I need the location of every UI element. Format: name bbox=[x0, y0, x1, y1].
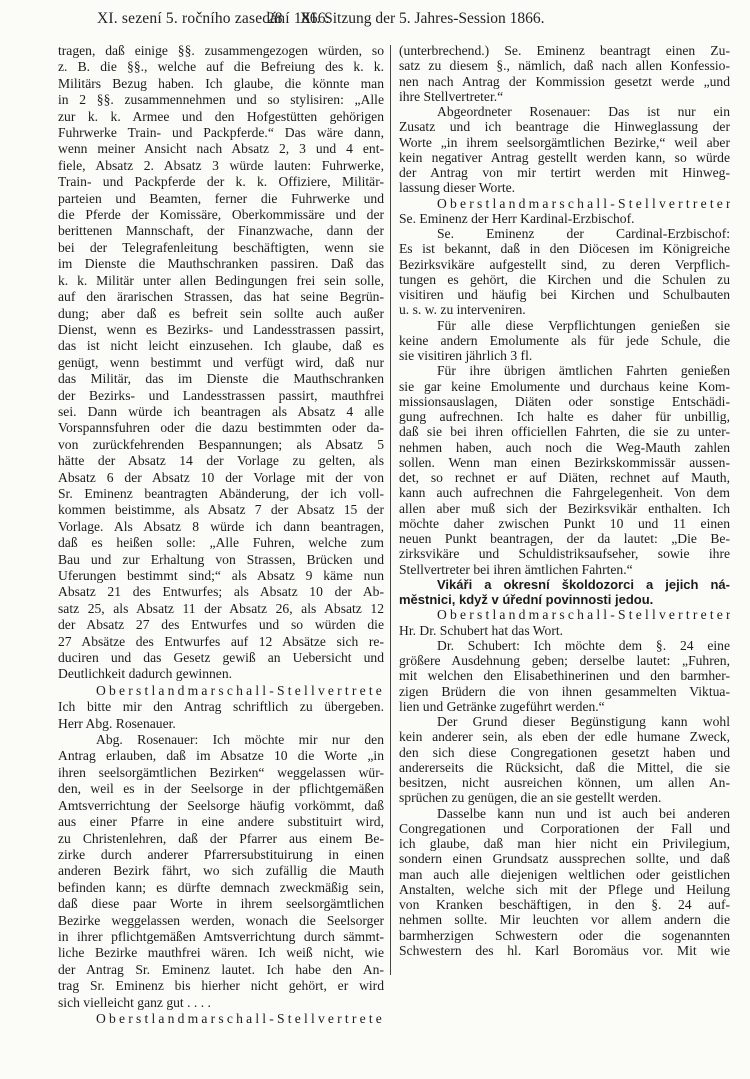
text-line: befinden kann; es dürfte demnach zweckmä… bbox=[58, 880, 384, 896]
text-line: genügt, wenn bestimmt und verfügt wird, … bbox=[58, 355, 384, 371]
text-line: sondern einen Grundsatz aussprechen soll… bbox=[399, 851, 730, 866]
text-line: keine andern Emolumente als für jede Sch… bbox=[399, 333, 730, 348]
text-line: satz zu diesem §., nämlich, daß nach all… bbox=[399, 58, 730, 73]
text-line: den sich diese Congregationen gesetzt ha… bbox=[399, 745, 730, 760]
text-line: Hr. Dr. Schubert hat das Wort. bbox=[399, 623, 730, 638]
text-line: der Bezirks- und Landesstrassen passirt,… bbox=[58, 388, 384, 404]
text-line: Oberstlandmarschall-Stellvertreter: bbox=[399, 196, 730, 211]
text-line: der Absatz 27 des Entwurfes und so würde… bbox=[58, 617, 384, 633]
text-line: mit welchen den Elisabethinerinen und de… bbox=[399, 668, 730, 683]
text-line: Bau und zur Erhaltung von Strassen, Brüc… bbox=[58, 552, 384, 568]
text-line: Train- und Packpferde der k. k. Offizier… bbox=[58, 174, 384, 190]
text-line: bei der Telegrafenleitung beschäftigten,… bbox=[58, 240, 384, 256]
text-line: gung aufrechnen. Ich halte es daher für … bbox=[399, 409, 730, 424]
text-line: sollen. Wenn man einen Bezirkskommissär … bbox=[399, 455, 730, 470]
text-line: Absatz 21 des Entwurfes; als Absatz 10 d… bbox=[58, 584, 384, 600]
text-line: Es ist bekannt, daß in den Diöcesen im K… bbox=[399, 241, 730, 256]
text-line: in ihrer pflichtgemäßen Amtsverrichtung … bbox=[58, 929, 384, 945]
text-line: trag Sr. Eminenz bis hierher nicht gehör… bbox=[58, 978, 384, 994]
text-line: besitzen, nicht ausreichen können, um al… bbox=[399, 775, 730, 790]
text-line: duciren und das Gesetz gewiß an Uebersic… bbox=[58, 650, 384, 666]
text-line: Dr. Schubert: Ich möchte dem §. 24 eine bbox=[399, 638, 730, 653]
text-line: visitiren und häufig bei Kirchen und Sch… bbox=[399, 287, 730, 302]
text-line: daß diese paar Worte in ihrem seelsorgäm… bbox=[58, 896, 384, 912]
text-line: die Pferde der Komissäre, Oberkommissäre… bbox=[58, 207, 384, 223]
text-line: Oberstlandmarschall-Stellvertreter: bbox=[399, 607, 730, 622]
text-line: Ich bitte mir den Antrag schriftlich zu … bbox=[58, 699, 384, 715]
text-line: nehmen sollte. Mir leuchten vor allem an… bbox=[399, 912, 730, 927]
text-line: Antrag erlauben, daß im Absatze 10 die W… bbox=[58, 748, 384, 764]
text-line: Dienst, wenn es Bezirks- und Landesstras… bbox=[58, 322, 384, 338]
text-line: Bezirksvikäre aufgestellt sind, zu deren… bbox=[399, 257, 730, 272]
text-line: neuen Punkt beantragen, der da lautet: „… bbox=[399, 531, 730, 546]
text-line: Fuhrwerke Train- und Packpferde.“ Das wä… bbox=[58, 125, 384, 141]
text-line: zirksvikäre und Schuldistriksaufseher, s… bbox=[399, 546, 730, 561]
text-line: Schwestern des hl. Karl Boromäus vor. Mi… bbox=[399, 943, 730, 958]
text-line: daß sie bei ihren officiellen Fahrten, d… bbox=[399, 424, 730, 439]
text-line: Vikáři a okresní školdozorci a jejich ná… bbox=[399, 577, 730, 592]
text-line: Für alle diese Verpflichtungen genießen … bbox=[399, 318, 730, 333]
text-line: tungen es gehört, die Kirchen und die Sc… bbox=[399, 272, 730, 287]
text-line: Worte „in ihrem seelsorgämtlichen Bezirk… bbox=[399, 135, 730, 150]
text-line: sie visitiren jährlich 3 fl. bbox=[399, 348, 730, 363]
text-line: kann auch aufrechnen die Fahrgelegenheit… bbox=[399, 485, 730, 500]
text-line: Dasselbe kann nun und ist auch bei ander… bbox=[399, 806, 730, 821]
text-line: von zurückfehrenden Bespannungen; als Ab… bbox=[58, 437, 384, 453]
header-german-title: XI. Sitzung der 5. Jahres-Session 1866. bbox=[300, 10, 545, 28]
text-line: andererseits die Rücksicht, daß die Mitt… bbox=[399, 760, 730, 775]
text-line: kein anderer sein, als eben der edle hum… bbox=[399, 729, 730, 744]
text-line: Der Grund dieser Begünstigung kann wohl bbox=[399, 714, 730, 729]
text-line: Se. Eminenz der Herr Kardinal-Erzbischof… bbox=[399, 211, 730, 226]
text-line: daß es heißen solle: „Alle Fuhren, welch… bbox=[58, 535, 384, 551]
text-line: den, weil es in der Seelsorge in der pfl… bbox=[58, 781, 384, 797]
text-line: Oberstlandmarschall-Stellvertreter: bbox=[58, 1011, 384, 1027]
text-line: hätte der Absatz 14 der Vorlage zu gelte… bbox=[58, 453, 384, 469]
text-line: berittenen Mannschaft, der Finanzwache, … bbox=[58, 223, 384, 239]
text-line: zirke durch anderer Pfarrersubstituirung… bbox=[58, 847, 384, 863]
text-line: Bezirke weggelassen werden, wonach die S… bbox=[58, 913, 384, 929]
text-line: kein negativer Antrag gestellt werden ka… bbox=[399, 150, 730, 165]
page-header: XI. sezení 5. ročního zasedání 1866. 28 … bbox=[0, 10, 750, 32]
text-line: dung; aber daß es befreit sein sollte au… bbox=[58, 306, 384, 322]
text-line: kommen beistimme, als Absatz 7 der Absat… bbox=[58, 502, 384, 518]
text-line: sie gar keine Emolumente und durchaus ke… bbox=[399, 379, 730, 394]
text-line: fiele, Absatz 2. Absatz 3 würde lauten: … bbox=[58, 158, 384, 174]
text-line: ihren seelsorgämtlichen Bezirken“ weggel… bbox=[58, 765, 384, 781]
text-line: Stellvertreter bei ihren ämtlichen Fahrt… bbox=[399, 562, 730, 577]
right-text-column: (unterbrechend.) Se. Eminenz beantragt e… bbox=[399, 43, 730, 958]
text-line: man auch alle diejenigen weltlichen oder… bbox=[399, 867, 730, 882]
text-line: zu Christenlehren, daß der Pfarrer aus e… bbox=[58, 831, 384, 847]
header-czech-title: XI. sezení 5. ročního zasedání 1866. bbox=[97, 10, 330, 28]
text-line: Congregationen und Corporationen der Fal… bbox=[399, 821, 730, 836]
left-text-column: tragen, daß einige §§. zusammengezogen w… bbox=[58, 43, 384, 1027]
text-line: Militärs Bezug haben. Ich glaube, die kö… bbox=[58, 76, 384, 92]
text-line: Deutlichkeit dadurch gewinnen. bbox=[58, 666, 384, 682]
text-line: wenn meiner Ansicht nach Absatz 2, 3 und… bbox=[58, 141, 384, 157]
text-line: Herr Abg. Rosenauer. bbox=[58, 716, 384, 732]
text-line: Zusatz und ich beantrage die Hinweglassu… bbox=[399, 119, 730, 134]
column-divider bbox=[390, 45, 391, 975]
text-line: ihre Stellvertreter.“ bbox=[399, 89, 730, 104]
text-line: zur k. k. Armee und den Hofgestütten geh… bbox=[58, 109, 384, 125]
text-line: liche Bezirke mauthfrei wären. Ich weiß … bbox=[58, 945, 384, 961]
text-line: das Militär, das im Dienste die Mauthsch… bbox=[58, 371, 384, 387]
text-line: lassung dieser Worte. bbox=[399, 180, 730, 195]
text-line: Anstalten, welche sich mit der Pflege un… bbox=[399, 882, 730, 897]
text-line: Abgeordneter Rosenauer: Das ist nur ein bbox=[399, 104, 730, 119]
text-line: parteien und Beamten, ferner die Fuhrwer… bbox=[58, 191, 384, 207]
text-line: von Kranken beschäftigen, in den §. 24 a… bbox=[399, 897, 730, 912]
text-line: missionsauslagen, Diäten oder sonstige E… bbox=[399, 394, 730, 409]
text-line: Amtsverrichtung der Seelsorge häufig vor… bbox=[58, 798, 384, 814]
text-line: auf den ärarischen Strassen, das hat sei… bbox=[58, 289, 384, 305]
text-line: (unterbrechend.) Se. Eminenz beantragt e… bbox=[399, 43, 730, 58]
text-line: u. s. w. zu interveniren. bbox=[399, 302, 730, 317]
text-line: Absatz 6 der Absatz 10 der Vorlage mit d… bbox=[58, 470, 384, 486]
text-line: möchte daher zwischen Punkt 10 und 11 ei… bbox=[399, 516, 730, 531]
text-line: nen nach Antrag der Kommission gesetzt w… bbox=[399, 74, 730, 89]
text-line: Oberstlandmarschall-Stellvertreter: bbox=[58, 683, 384, 699]
text-line: Vorlage. Als Absatz 8 würde ich dann bea… bbox=[58, 519, 384, 535]
text-line: nehmen haben, auch noch die Weg-Mauth za… bbox=[399, 440, 730, 455]
text-line: městnici, když v úřední povinnosti jedou… bbox=[399, 592, 730, 607]
text-line: 27 Absätze des Entwurfes auf 12 Absätze … bbox=[58, 634, 384, 650]
text-line: k. k. Militär unter allen Bedingungen fr… bbox=[58, 273, 384, 289]
text-line: das ist nicht leicht einzusehen. Ich gla… bbox=[58, 338, 384, 354]
page-number: 28 bbox=[267, 10, 283, 28]
text-line: Vorspannsfuhren oder die dazu bestimmten… bbox=[58, 420, 384, 436]
text-line: tragen, daß einige §§. zusammengezogen w… bbox=[58, 43, 384, 59]
text-line: Für ihre übrigen ämtlichen Fahrten genie… bbox=[399, 363, 730, 378]
text-line: Sr. Eminenz beantragten Abänderung, der … bbox=[58, 486, 384, 502]
text-line: der Antrag von mir tertirt werden mit Hi… bbox=[399, 165, 730, 180]
text-line: barmherzigen Schwestern oder die sogenan… bbox=[399, 928, 730, 943]
text-line: der Antrag Sr. Eminenz lautet. Ich habe … bbox=[58, 962, 384, 978]
text-line: größere Ausdehnung geben; derselbe laute… bbox=[399, 653, 730, 668]
text-line: det, so rechnet er auf Diäten, rechnet a… bbox=[399, 470, 730, 485]
text-line: Se. Eminenz der Cardinal-Erzbischof: bbox=[399, 226, 730, 241]
text-line: z. B. die §§., welche auf die Befreiung … bbox=[58, 59, 384, 75]
text-line: satz 25, als Absatz 11 der Absatz 26, al… bbox=[58, 601, 384, 617]
text-line: anderen Bezirk fährt, wo sich zufällig d… bbox=[58, 863, 384, 879]
text-line: ich glaube, daß man hier nicht ein Privi… bbox=[399, 836, 730, 851]
text-line: sprüchen zu genügen, die an sie gestellt… bbox=[399, 790, 730, 805]
text-line: im Dienste die Mauthschranken passiren. … bbox=[58, 256, 384, 272]
text-line: in 2 §§. zusammennehmen und so stylisire… bbox=[58, 92, 384, 108]
text-line: Abg. Rosenauer: Ich möchte mir nur den bbox=[58, 732, 384, 748]
text-line: sich vielleicht ganz gut . . . . bbox=[58, 995, 384, 1011]
text-line: zigen Brüdern die von ihnen gesammelten … bbox=[399, 684, 730, 699]
text-line: sei. Dann würde ich beantragen als Absat… bbox=[58, 404, 384, 420]
text-line: Uferungen bestimmt sind;“ als Absatz 9 k… bbox=[58, 568, 384, 584]
text-line: allen aber muß sich der Bezirksvikär ent… bbox=[399, 501, 730, 516]
text-line: aus einer Pfarre in eine andere substitu… bbox=[58, 814, 384, 830]
text-line: lien und Getränke zugeführt werden.“ bbox=[399, 699, 730, 714]
